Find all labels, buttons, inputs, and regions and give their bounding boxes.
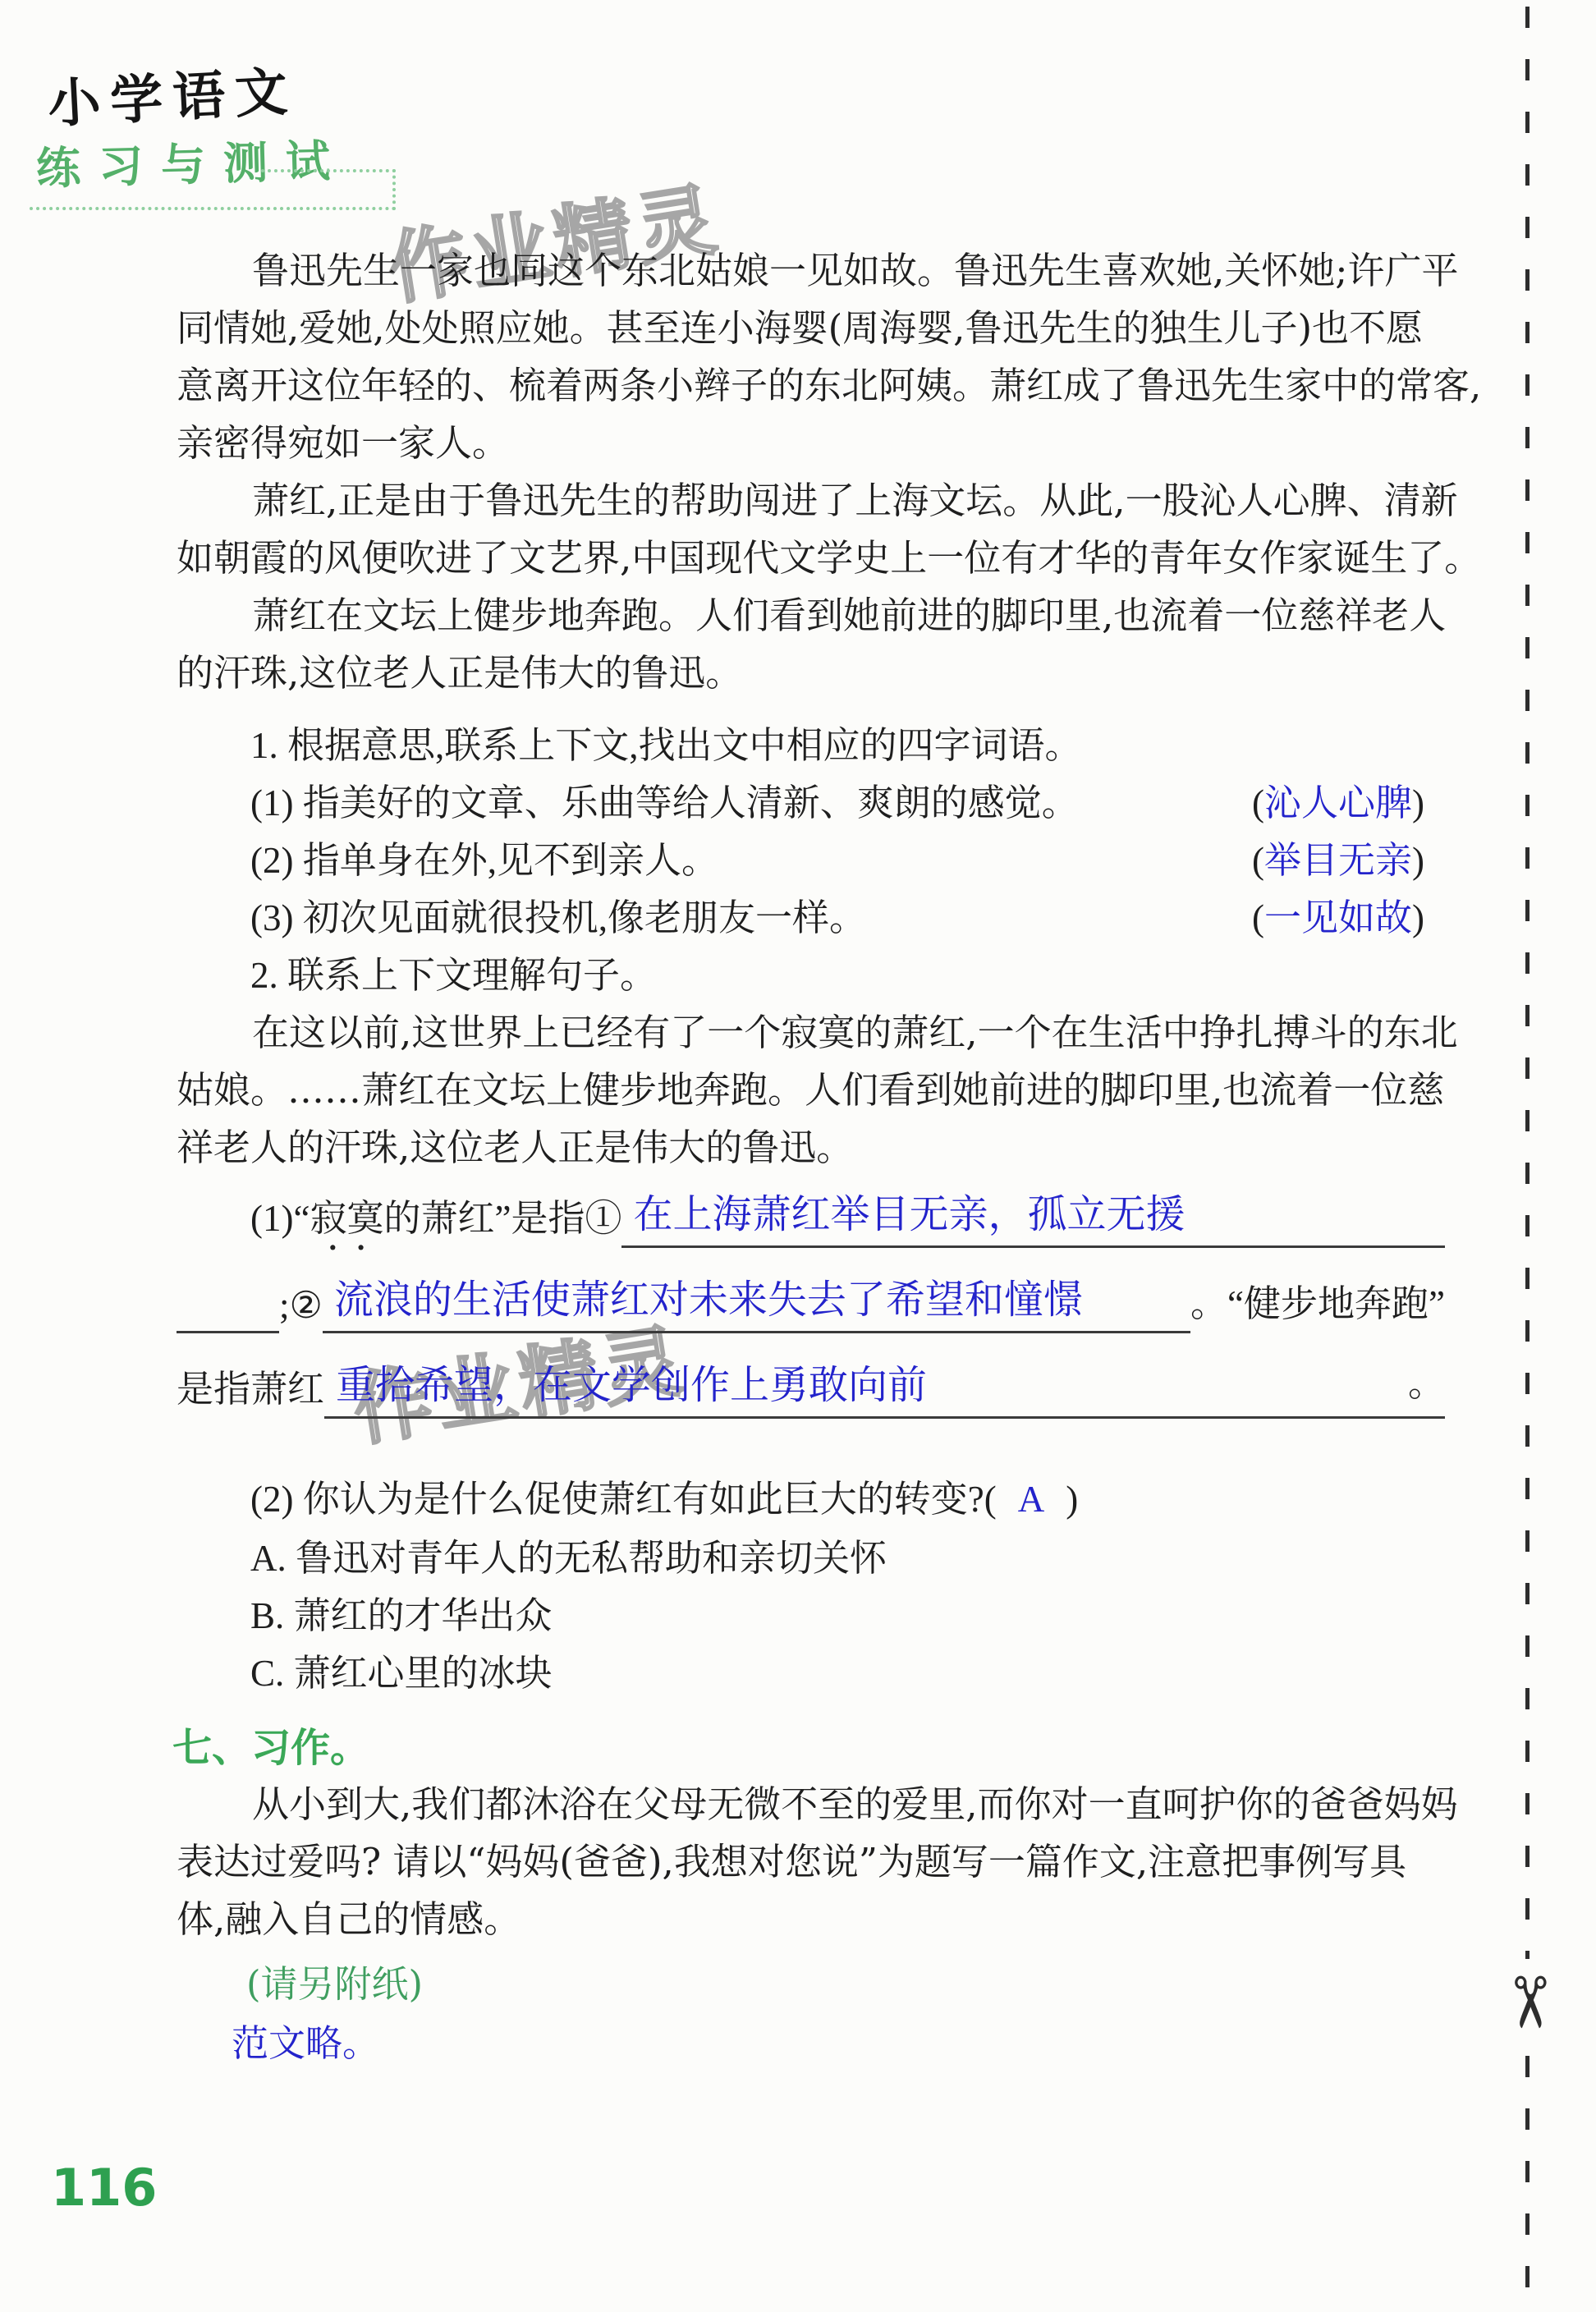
scissors-icon: ✂ [1488,1959,1570,2046]
prompt-line: 体,融入自己的情感。 [177,1895,1445,1944]
answer-text: 重拾希望，在文学创作上勇敢向前 [324,1353,927,1410]
paren-open: ( [1252,897,1264,938]
logo-title: 小学语文 [46,49,299,138]
logo-dotted-frame [261,169,396,210]
prompt-line: 表达过爱吗? 请以“妈妈(爸爸),我想对您说”为题写一篇作文,注意把事例写具 [177,1837,1445,1887]
scissors-glyph: ✂ [1488,1973,1570,2032]
mc-option-b: B. 萧红的才华出众 [250,1591,1445,1640]
fill-label: 是指萧红 [177,1359,324,1419]
logo-dotted-underline [30,207,396,210]
quote-line: 在这以前,这世界上已经有了一个寂寞的萧红,一个在生活中挣扎搏斗的东北 [177,1008,1520,1057]
empty-blank [177,1324,279,1333]
passage-line: 意离开这位年轻的、梳着两条小辫子的东北阿姨。萧红成了鲁迅先生家中的常客, [177,361,1445,411]
mc-option-c: C. 萧红心里的冰块 [250,1649,1445,1698]
paren-open: ( [1252,840,1264,881]
passage-line: 亲密得宛如一家人。 [177,419,1445,468]
paren-close: ) [1412,782,1424,823]
quote-line: 姑娘。……萧红在文坛上健步地奔跑。人们看到她前进的脚印里,也流着一位慈 [177,1066,1445,1115]
passage-line: 如朝霞的风便吹进了文艺界,中国现代文学史上一位有才华的青年女作家诞生了。 [177,534,1445,583]
question-1-item: (1) 指美好的文章、乐曲等给人清新、爽朗的感觉。 (沁人心脾) [250,778,1424,828]
fill-label: ;② [279,1283,323,1333]
model-essay-note: 范文略。 [232,2013,379,2067]
passage-line: 萧红在文坛上健步地奔跑。人们看到她前进的脚印里,也流着一位慈祥老人 [177,591,1520,640]
label-post: 的萧红”是指① [383,1198,621,1239]
mc-label: (2) 你认为是什么促使萧红有如此巨大的转变?( [250,1479,997,1520]
question-1-item: (3) 初次见面就很投机,像老朋友一样。 (一见如故) [250,893,1424,943]
fill-label: (1)“寂寞··的萧红”是指① [250,1188,621,1248]
page-number: 116 [51,2158,157,2218]
mc-answer: A [1018,1479,1045,1520]
answer-blank-1: 在上海萧红举目无亲，孤立无援 [621,1182,1445,1248]
question-mc: (2) 你认为是什么促使萧红有如此巨大的转变?(A) [250,1475,1445,1524]
answer-text: 沁人心脾 [1264,782,1412,823]
answer-blank-2: 流浪的生活使萧红对未来失去了希望和憧憬 [323,1268,1190,1333]
paren-close: ) [1412,840,1424,881]
emphasis-dots: ·· [310,1230,383,1266]
item-text: (2) 指单身在外,见不到亲人。 [250,836,718,885]
item-answer: (沁人心脾) [1252,778,1424,828]
item-answer: (一见如故) [1252,893,1424,943]
paren-close: ) [1412,897,1424,938]
attach-paper-note: (请另附纸) [246,1954,423,2007]
period: 。 [1408,1353,1445,1410]
section-7-heading: 七、习作。 [172,1716,369,1773]
passage-line: 鲁迅先生一家也同这个东北姑娘一见如故。鲁迅先生喜欢她,关怀她;许广平 [177,246,1520,296]
paren-close: ) [1066,1479,1078,1520]
item-answer: (举目无亲) [1252,836,1424,885]
item-text: (1) 指美好的文章、乐曲等给人清新、爽朗的感觉。 [250,778,1079,828]
question-1-item: (2) 指单身在外,见不到亲人。 (举目无亲) [250,836,1424,885]
emphasized-word: 寂寞·· [310,1188,383,1241]
fill-blank-row-3: 是指萧红 重拾希望，在文学创作上勇敢向前 。 [177,1353,1445,1419]
label-pre: (1)“ [250,1198,310,1239]
fill-tail: 。“健步地奔跑” [1190,1273,1445,1333]
question-2: 2. 联系上下文理解句子。 [250,951,1445,1000]
item-text: (3) 初次见面就很投机,像老朋友一样。 [250,893,866,943]
answer-blank-3: 重拾希望，在文学创作上勇敢向前 。 [324,1353,1445,1419]
passage-line: 的汗珠,这位老人正是伟大的鲁迅。 [177,649,1445,698]
answer-text: 一见如故 [1264,897,1412,938]
passage-line: 同情她,爱她,处处照应她。甚至连小海婴(周海婴,鲁迅先生的独生儿子)也不愿 [177,304,1445,353]
question-1: 1. 根据意思,联系上下文,找出文中相应的四字词语。 [250,721,1445,770]
prompt-line: 从小到大,我们都沐浴在父母无微不至的爱里,而你对一直呵护你的爸爸妈妈 [177,1780,1520,1829]
mc-option-a: A. 鲁迅对青年人的无私帮助和亲切关怀 [250,1534,1445,1583]
answer-text: 举目无亲 [1264,840,1412,881]
passage-line: 萧红,正是由于鲁迅先生的帮助闯进了上海文坛。从此,一股沁人心脾、清新 [177,476,1520,525]
fill-blank-row-1: (1)“寂寞··的萧红”是指① 在上海萧红举目无亲，孤立无援 [250,1182,1445,1248]
fill-blank-row-2: ;② 流浪的生活使萧红对未来失去了希望和憧憬 。“健步地奔跑” [177,1268,1445,1333]
quote-line: 祥老人的汗珠,这位老人正是伟大的鲁迅。 [177,1123,1445,1172]
watermark: 作业精灵 [379,157,727,320]
workbook-page: { "logo": { "title": "小学语文", "subtitle":… [0,0,1596,2312]
paren-open: ( [1252,782,1264,823]
